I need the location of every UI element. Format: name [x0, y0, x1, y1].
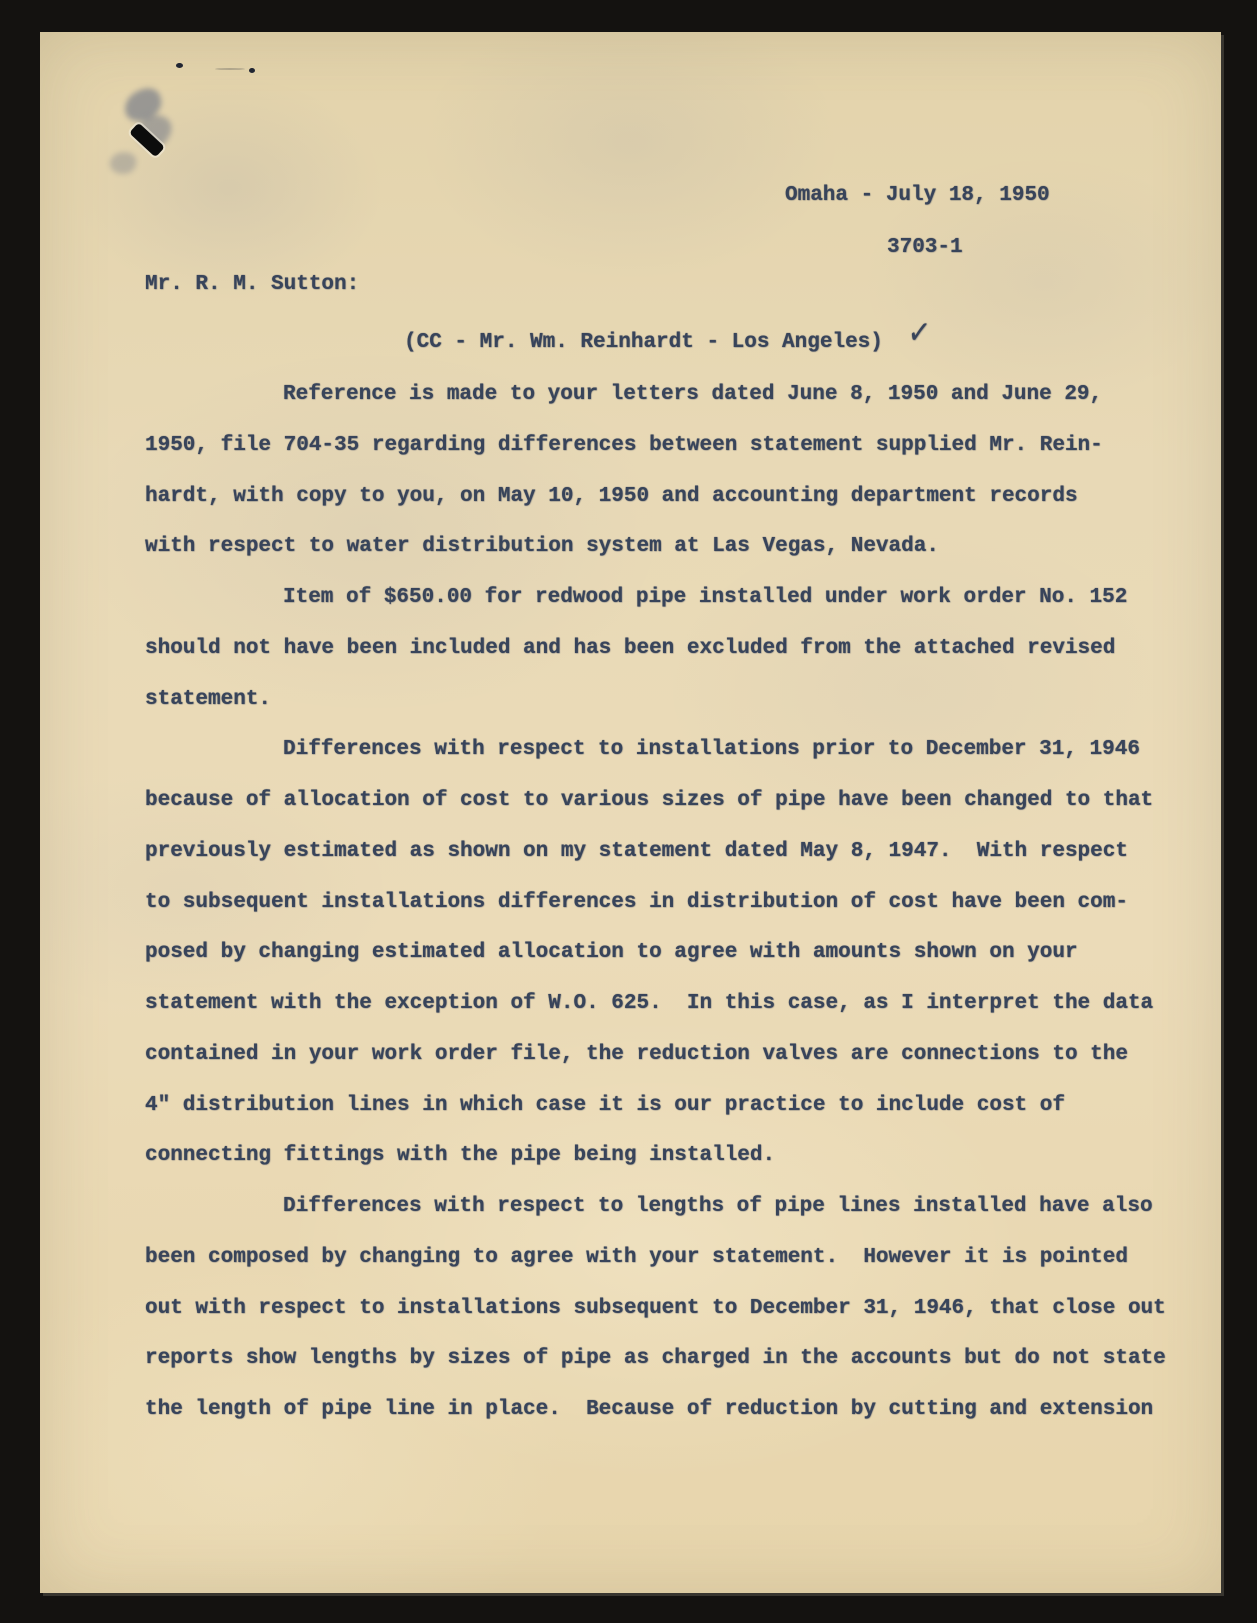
letter-line: Differences with respect to installation…	[145, 725, 1205, 776]
ink-smudge	[108, 150, 137, 176]
letter-line: because of allocation of cost to various…	[145, 776, 1205, 827]
letter-line: hardt, with copy to you, on May 10, 1950…	[145, 472, 1205, 523]
paper-speck	[215, 68, 245, 70]
cc-line: (CC - Mr. Wm. Reinhardt - Los Angeles)	[404, 331, 883, 354]
scan-background: { "page": { "background_color": "#141210…	[0, 0, 1257, 1623]
salutation: Mr. R. M. Sutton:	[145, 260, 359, 311]
paper-speck	[176, 63, 183, 68]
letter-page: Omaha - July 18, 1950 3703-1 Mr. R. M. S…	[40, 32, 1221, 1593]
letter-line: Item of $650.00 for redwood pipe install…	[145, 573, 1205, 624]
file-number: 3703-1	[785, 222, 1050, 274]
date-block: Omaha - July 18, 1950 3703-1	[785, 170, 1050, 274]
letter-line: the length of pipe line in place. Becaus…	[145, 1385, 1205, 1436]
letter-paragraph-1: Reference is made to your letters dated …	[145, 370, 1205, 573]
letter-line: should not have been included and has be…	[145, 624, 1205, 675]
letter-body: Reference is made to your letters dated …	[145, 370, 1205, 1436]
letter-line: Differences with respect to lengths of p…	[145, 1182, 1205, 1233]
letter-line: statement.	[145, 675, 1205, 726]
paper-speck	[249, 68, 255, 73]
letter-line: connecting fittings with the pipe being …	[145, 1131, 1205, 1182]
letter-line: out with respect to installations subseq…	[145, 1284, 1205, 1335]
letter-line: 1950, file 704-35 regarding differences …	[145, 421, 1205, 472]
letter-line: previously estimated as shown on my stat…	[145, 827, 1205, 878]
letter-line: with respect to water distribution syste…	[145, 522, 1205, 573]
letter-line: posed by changing estimated allocation t…	[145, 928, 1205, 979]
letter-line: statement with the exception of W.O. 625…	[145, 979, 1205, 1030]
check-mark: ✓	[906, 303, 931, 368]
letter-line: reports show lengths by sizes of pipe as…	[145, 1334, 1205, 1385]
letter-paragraph-3: Differences with respect to installation…	[145, 725, 1205, 1182]
letter-line: contained in your work order file, the r…	[145, 1030, 1205, 1081]
letter-line: to subsequent installations differences …	[145, 878, 1205, 929]
letter-line: been composed by changing to agree with …	[145, 1233, 1205, 1284]
cc-row: (CC - Mr. Wm. Reinhardt - Los Angeles) ✓	[404, 315, 927, 366]
date-line: Omaha - July 18, 1950	[785, 170, 1050, 222]
letter-line: Reference is made to your letters dated …	[145, 370, 1205, 421]
letter-paragraph-2: Item of $650.00 for redwood pipe install…	[145, 573, 1205, 725]
letter-paragraph-4: Differences with respect to lengths of p…	[145, 1182, 1205, 1436]
letter-line: 4" distribution lines in which case it i…	[145, 1081, 1205, 1132]
